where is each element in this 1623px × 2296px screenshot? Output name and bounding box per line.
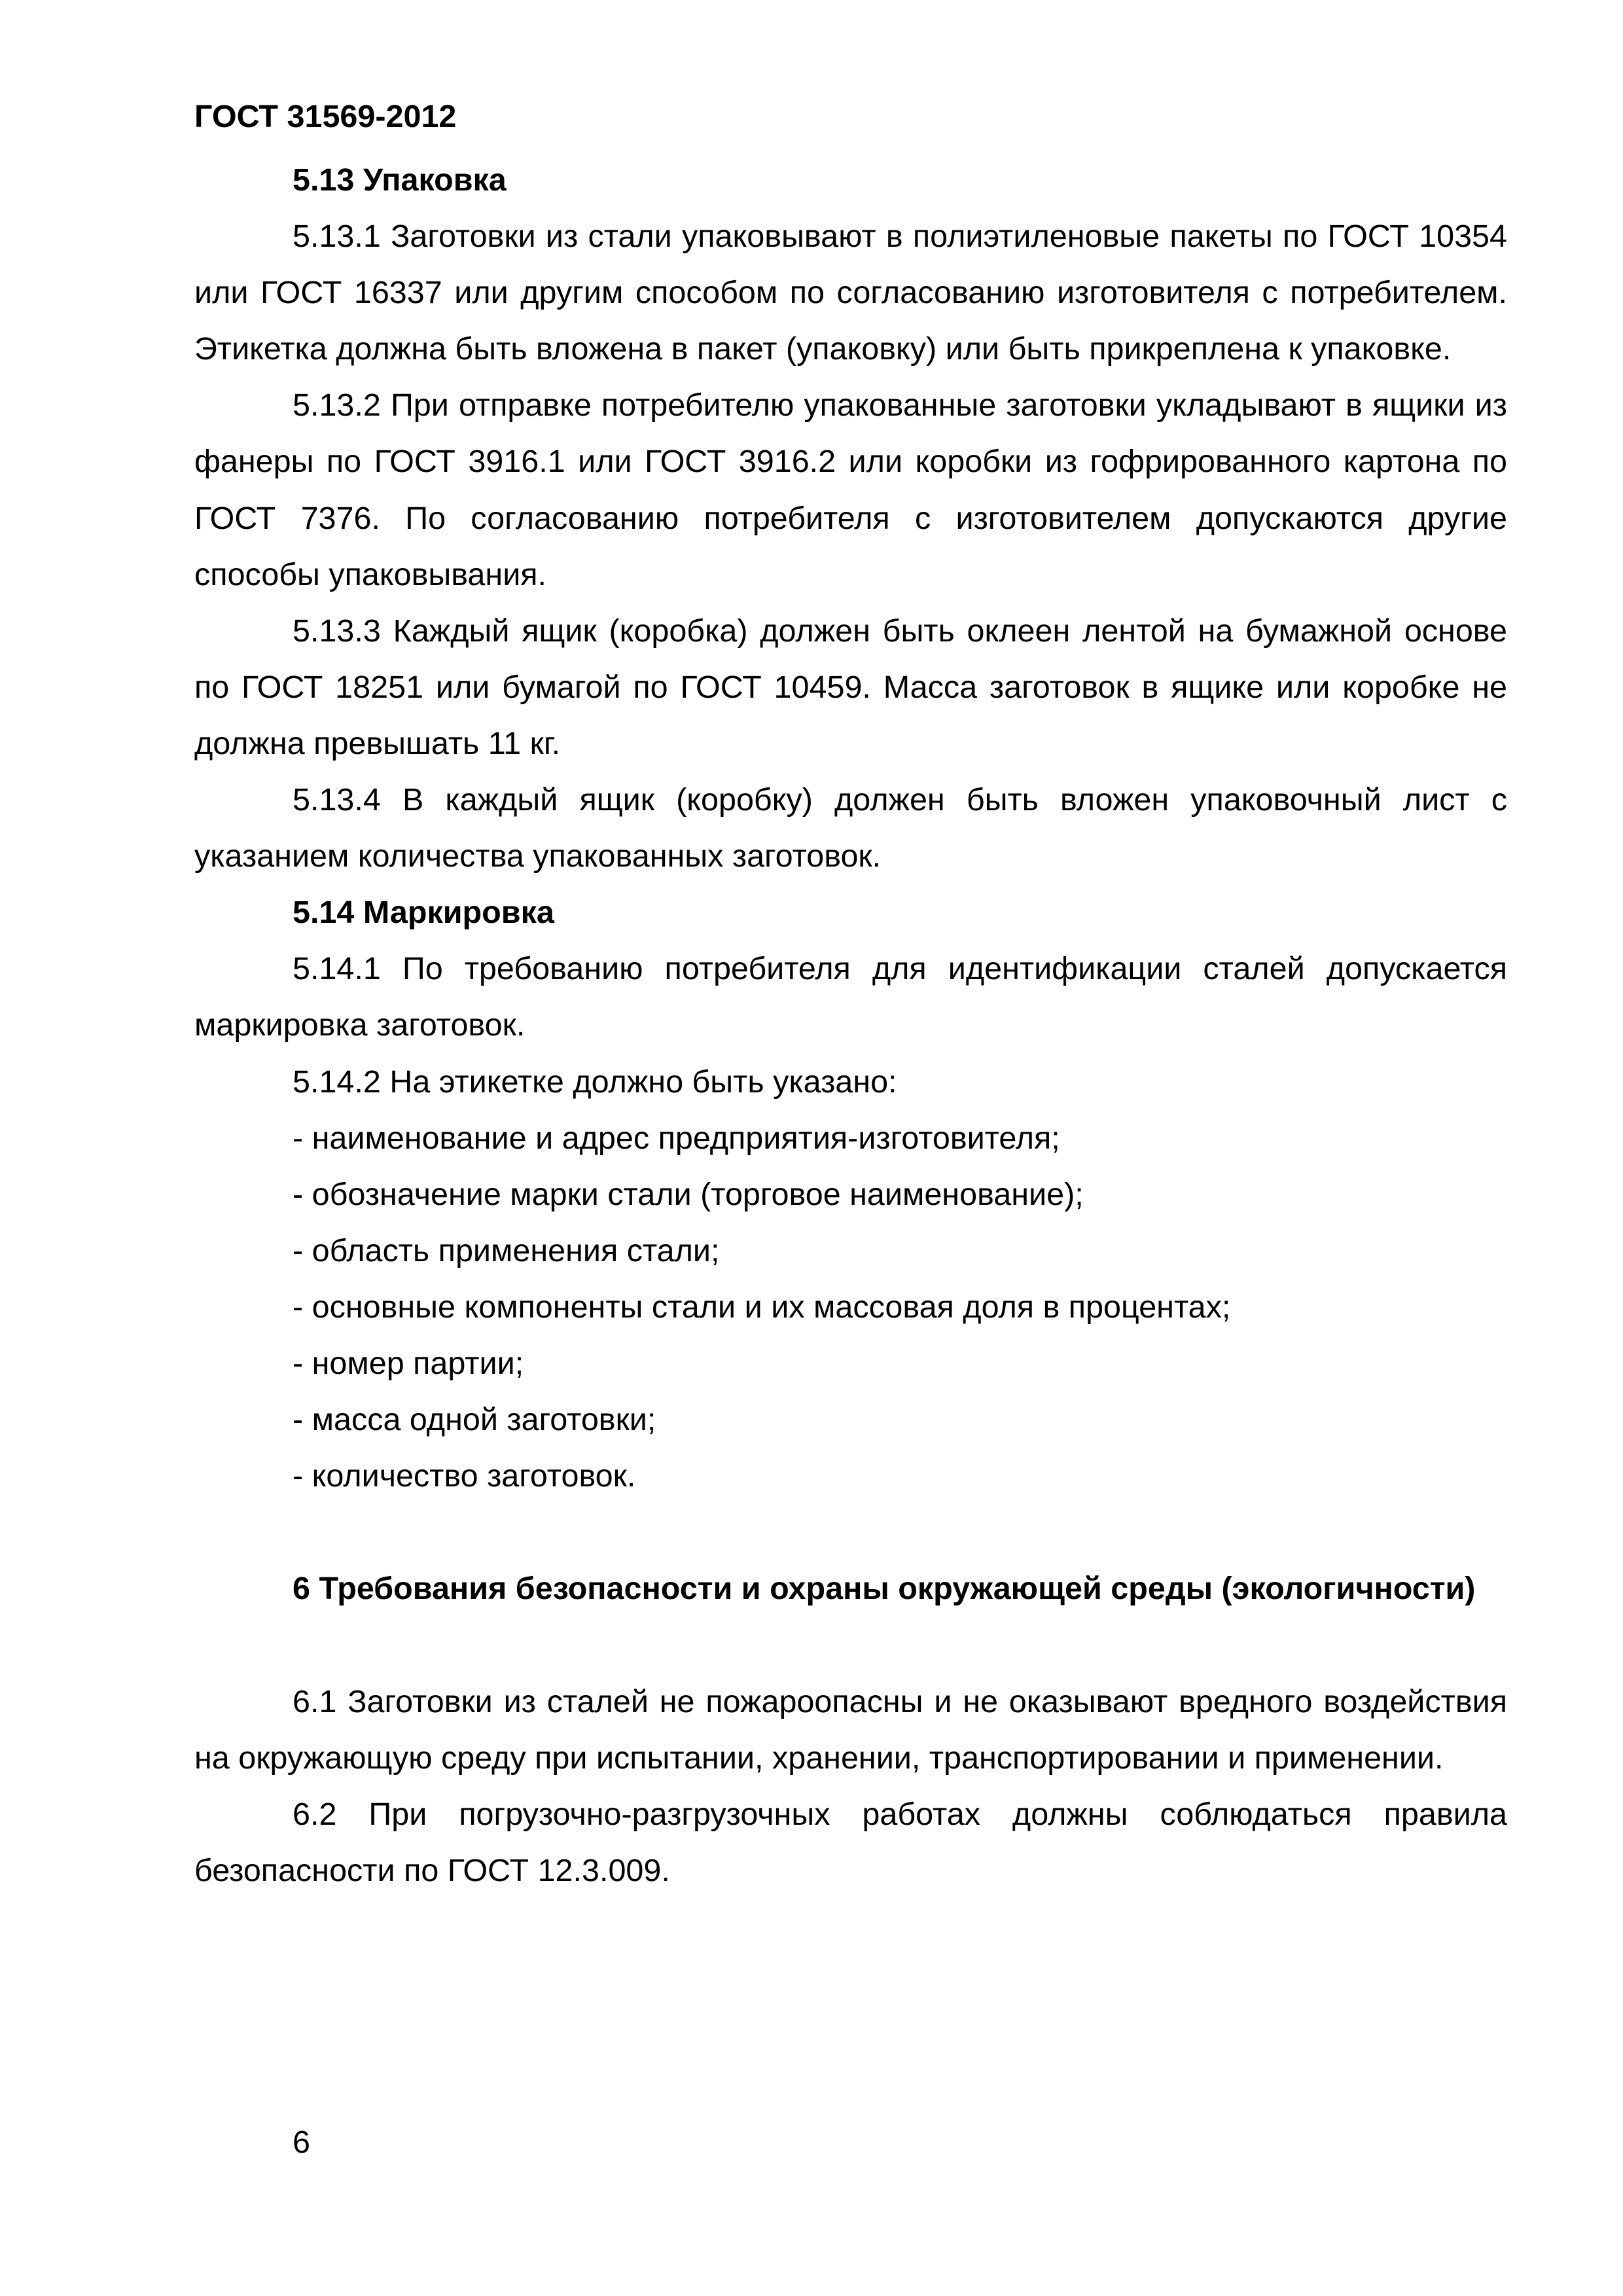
section-heading-5-13: 5.13 Упаковка [194,152,1507,208]
document-content: 5.13 Упаковка 5.13.1 Заготовки из стали … [194,152,1507,1899]
paragraph-5-14-1: 5.14.1 По требованию потребителя для иде… [194,941,1507,1053]
paragraph-5-13-1: 5.13.1 Заготовки из стали упаковывают в … [194,208,1507,377]
list-item: - обозначение марки стали (торговое наим… [194,1166,1507,1223]
page-number: 6 [293,2114,310,2170]
label-contents-list: - наименование и адрес предприятия-изгот… [194,1110,1507,1505]
list-item: - наименование и адрес предприятия-изгот… [194,1110,1507,1166]
list-item: - основные компоненты стали и их массова… [194,1279,1507,1335]
spacer [194,1504,1507,1560]
paragraph-6-1: 6.1 Заготовки из сталей не пожароопасны … [194,1674,1507,1786]
paragraph-5-13-2: 5.13.2 При отправке потребителю упакован… [194,377,1507,602]
document-header: ГОСТ 31569-2012 [194,88,456,145]
list-item: - область применения стали; [194,1223,1507,1279]
paragraph-5-13-3: 5.13.3 Каждый ящик (коробка) должен быть… [194,603,1507,772]
section-heading-6: 6 Требования безопасности и охраны окруж… [194,1560,1507,1617]
list-item: - масса одной заготовки; [194,1391,1507,1448]
list-item: - количество заготовок. [194,1448,1507,1504]
section-heading-5-14: 5.14 Маркировка [194,884,1507,941]
paragraph-6-2: 6.2 При погрузочно-разгрузочных работах … [194,1786,1507,1899]
list-item: - номер партии; [194,1335,1507,1391]
paragraph-5-14-2: 5.14.2 На этикетке должно быть указано: [194,1054,1507,1110]
paragraph-5-13-4: 5.13.4 В каждый ящик (коробку) должен бы… [194,772,1507,884]
spacer [194,1617,1507,1673]
